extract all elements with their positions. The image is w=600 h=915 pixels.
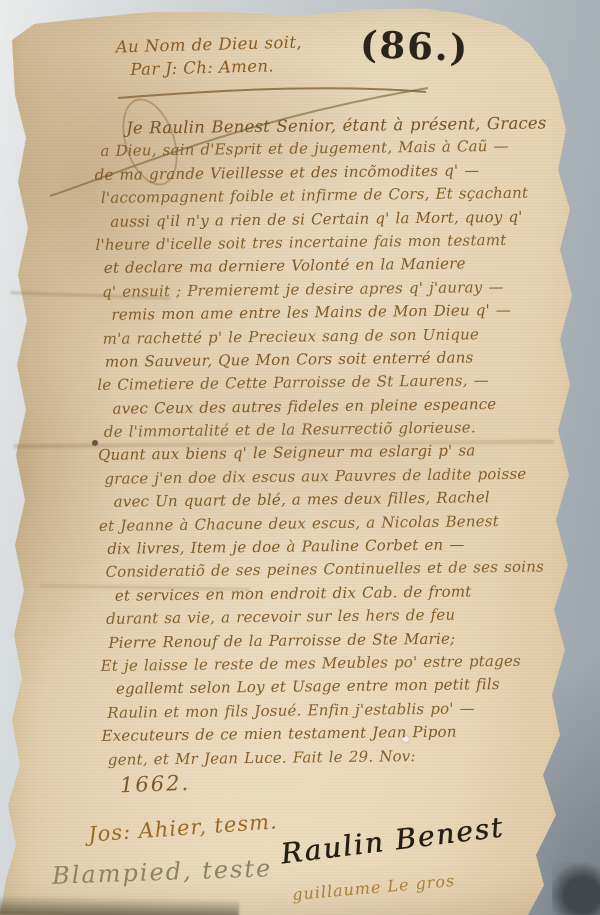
testament-body: Je Raulin Benest Senior, étant à présent… xyxy=(100,113,578,774)
bottom-torn-edge-shadow xyxy=(0,895,239,915)
invocation-header: Au Nom de Dieu soit, Par J: Ch: Amen. xyxy=(115,31,302,82)
date-line: 1662. xyxy=(120,771,191,797)
paper-speck xyxy=(92,440,98,446)
folio-number: (86.) xyxy=(359,22,470,70)
scanned-manuscript-page: Au Nom de Dieu soit, Par J: Ch: Amen. (8… xyxy=(0,0,600,915)
invocation-line-2: Par J: Ch: Amen. xyxy=(130,54,303,82)
scanner-corner-shadow xyxy=(552,862,600,915)
invocation-line-1: Au Nom de Dieu soit, xyxy=(115,31,302,59)
